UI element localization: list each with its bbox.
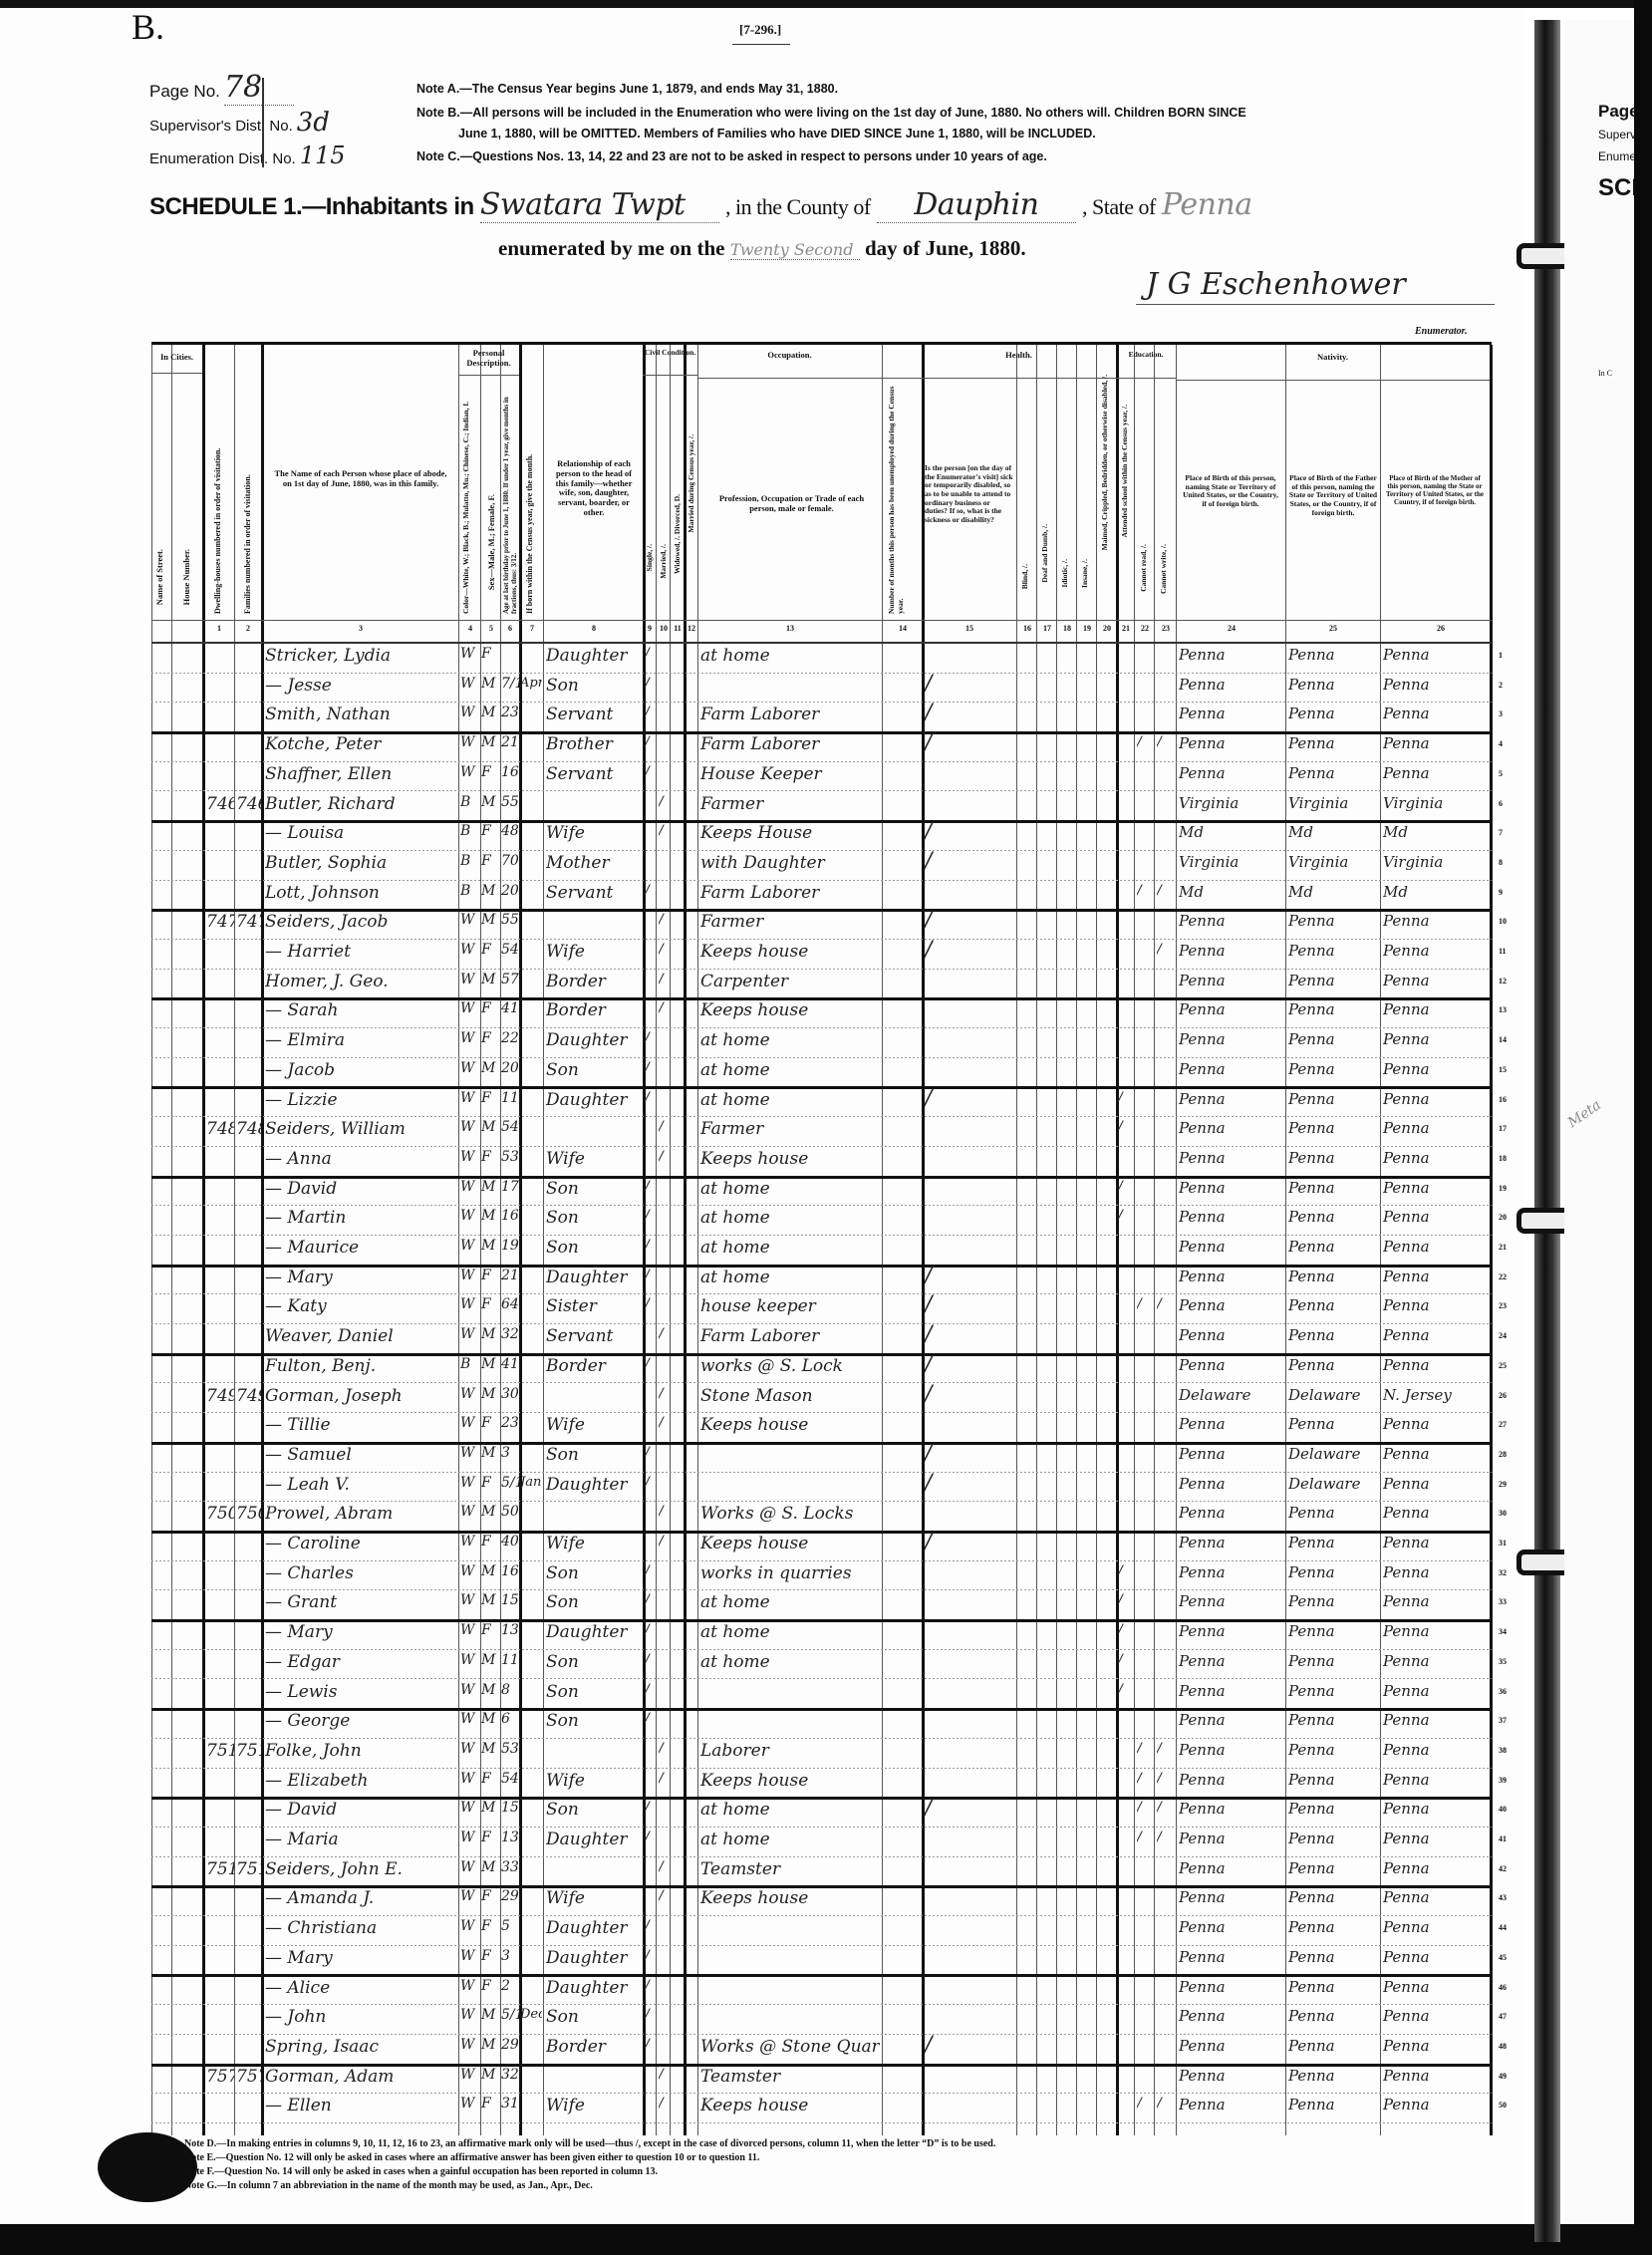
cell-occ: Keeps house: [700, 942, 880, 962]
cell-bf: Penna: [1288, 1534, 1380, 1551]
cell-color: W: [460, 1918, 480, 1934]
cell-bm: Penna: [1383, 1268, 1489, 1285]
cell-occ: at home: [700, 1030, 880, 1050]
cell-sex: F: [481, 1830, 500, 1845]
cell-occ: Farm Laborer: [700, 734, 880, 754]
cell-bm: Penna: [1383, 2007, 1489, 2025]
table-row: Weaver, DanielWM32Servant/Farm Laborer/P…: [151, 1324, 1492, 1353]
cell-sick: /: [925, 672, 1014, 697]
enumerated-line: enumerated by me on the Twenty Second da…: [498, 236, 1026, 261]
cell-bp: Penna: [1179, 1948, 1284, 1966]
cell-occ: works in quarries: [700, 1563, 880, 1583]
column-number: 20: [1101, 624, 1113, 633]
cell-bf: Penna: [1288, 1888, 1380, 1906]
cell-rel: Daughter: [546, 1475, 642, 1495]
cell-age: 17: [501, 1179, 519, 1195]
cell-age: 19: [501, 1238, 519, 1254]
cell-sex: M: [481, 1356, 500, 1372]
cell-color: W: [460, 972, 480, 987]
cell-bm: Penna: [1383, 1652, 1489, 1670]
cell-married: /: [659, 823, 670, 839]
note-d: Note D.—In making entries in columns 9, …: [184, 2138, 995, 2149]
cell-single: /: [645, 1356, 656, 1372]
cell-name: — Tillie: [265, 1415, 456, 1435]
cell-bf: Penna: [1288, 1238, 1380, 1256]
cell-rel: Son: [546, 1563, 642, 1583]
cell-rel: Servant: [546, 764, 642, 784]
table-row: 751751Folke, JohnWM53/Laborer//PennaPenn…: [151, 1739, 1492, 1768]
header-house-number: House Number.: [181, 549, 191, 605]
cell-single: /: [645, 1060, 656, 1076]
cell-bp: Delaware: [1179, 1386, 1284, 1404]
cell-bm: Penna: [1383, 1326, 1489, 1344]
cell-age: 55: [501, 794, 519, 810]
header-dwelling: Dwelling-houses numbered in order of vis…: [213, 405, 222, 614]
state-value: Penna: [1162, 187, 1252, 222]
row-number: 19: [1499, 1184, 1507, 1193]
note-a: Note A.—The Census Year begins June 1, 1…: [416, 82, 838, 96]
cell-name: Homer, J. Geo.: [265, 972, 456, 991]
row-number: 49: [1499, 2072, 1507, 2081]
cell-sex: M: [481, 734, 500, 750]
cell-occ: at home: [700, 1800, 880, 1820]
cell-rel: Son: [546, 1800, 642, 1820]
cell-occ: Farm Laborer: [700, 705, 880, 724]
cell-bf: Penna: [1288, 972, 1380, 989]
table-row: 750750Prowel, AbramWM50/Works @ S. Locks…: [151, 1502, 1492, 1531]
cell-fam: 751: [236, 1741, 261, 1761]
cell-sick: /: [925, 849, 1014, 874]
cell-rel: Daughter: [546, 1090, 642, 1110]
cell-color: W: [460, 705, 480, 720]
cell-married: /: [659, 1859, 670, 1875]
column-number: 8: [588, 624, 600, 633]
cell-age: 21: [501, 734, 519, 750]
enumerated-label: enumerated by me on the: [498, 236, 724, 260]
cell-single: /: [645, 1268, 656, 1283]
enumerator-label: Enumerator.: [1415, 326, 1468, 337]
cell-bp: Penna: [1179, 972, 1284, 989]
row-number: 30: [1499, 1509, 1507, 1518]
cell-bf: Penna: [1288, 1268, 1380, 1285]
cell-bm: Penna: [1383, 1030, 1489, 1048]
table-row: Fulton, Benj.BM41Border/works @ S. Lock/…: [151, 1354, 1492, 1383]
cell-bp: Penna: [1179, 1000, 1284, 1018]
cell-bm: Penna: [1383, 1711, 1489, 1729]
cell-color: W: [460, 912, 480, 928]
cell-bp: Penna: [1179, 1800, 1284, 1818]
table-row: 749749Gorman, JosephWM30/Stone Mason/Del…: [151, 1384, 1492, 1413]
cell-sex: F: [481, 764, 500, 780]
cell-bf: Penna: [1288, 1918, 1380, 1936]
cell-color: W: [460, 1208, 480, 1224]
table-row: — AliceWF2Daughter/PennaPennaPenna: [151, 1976, 1492, 2005]
header-nativity: Nativity.: [1176, 353, 1490, 363]
header-birth-mother: Place of Birth of the Mother of this per…: [1383, 474, 1487, 506]
cell-bp: Penna: [1179, 1149, 1284, 1167]
cell-read: /: [1137, 1830, 1153, 1845]
cell-sex: M: [481, 705, 500, 720]
cell-color: W: [460, 1800, 480, 1816]
cell-bp: Penna: [1179, 2096, 1284, 2114]
cell-sex: F: [481, 646, 500, 662]
county-label: , in the County of: [725, 194, 871, 219]
cell-bm: Penna: [1383, 1149, 1489, 1167]
cell-bf: Delaware: [1288, 1445, 1380, 1463]
cell-bf: Penna: [1288, 1830, 1380, 1847]
column-number: 18: [1061, 624, 1073, 633]
cell-rel: Wife: [546, 1415, 642, 1435]
cell-married: /: [659, 1741, 670, 1757]
form-letter: B.: [132, 6, 164, 48]
cell-color: W: [460, 1771, 480, 1787]
cell-age: 41: [501, 1356, 519, 1372]
cell-name: — John: [265, 2007, 456, 2027]
cell-rel: Border: [546, 1356, 642, 1376]
cell-bp: Penna: [1179, 676, 1284, 694]
row-number: 44: [1499, 1923, 1507, 1932]
cell-bm: Penna: [1383, 1000, 1489, 1018]
cell-age: 32: [501, 1326, 519, 1342]
cell-occ: at home: [700, 1622, 880, 1642]
header-maimed: Maimed, Crippled, Bedridden, or otherwis…: [1100, 375, 1109, 550]
cell-occ: Carpenter: [700, 972, 880, 991]
row-number: 42: [1499, 1864, 1507, 1873]
cell-bf: Penna: [1288, 1978, 1380, 1996]
table-row: — DavidWM17Son/at home/PennaPennaPenna: [151, 1177, 1492, 1206]
cell-single: /: [645, 1711, 656, 1727]
scan-bottom-edge: [0, 2224, 1652, 2255]
cell-bf: Penna: [1288, 1149, 1380, 1167]
cell-bm: Penna: [1383, 1741, 1489, 1759]
cell-name: — Mary: [265, 1948, 456, 1968]
cell-bf: Penna: [1288, 2007, 1380, 2025]
cell-school: /: [1118, 1208, 1134, 1224]
cell-color: W: [460, 942, 480, 958]
header-born-month: If born within the Census year, give the…: [525, 405, 534, 614]
cell-color: W: [460, 2096, 480, 2112]
cell-rel: Border: [546, 2037, 642, 2057]
cell-color: W: [460, 1090, 480, 1106]
cell-bm: Penna: [1383, 2096, 1489, 2114]
scan-right-edge: [1634, 0, 1652, 2255]
page-number-field: Page No. 78: [149, 70, 294, 106]
cell-bp: Penna: [1179, 1592, 1284, 1610]
cell-name: Prowel, Abram: [265, 1504, 456, 1524]
cell-color: W: [460, 2067, 480, 2083]
cell-sex: M: [481, 1563, 500, 1579]
cell-rel: Brother: [546, 734, 642, 754]
cell-occ: Keeps house: [700, 1000, 880, 1020]
cell-color: W: [460, 1888, 480, 1904]
row-number: 43: [1499, 1893, 1507, 1902]
cell-bm: Penna: [1383, 1800, 1489, 1818]
table-row: — MaryWF13Daughter/at home/PennaPennaPen…: [151, 1620, 1492, 1649]
cell-sex: F: [481, 1888, 500, 1904]
table-row: Stricker, LydiaWFDaughter/at homePennaPe…: [151, 644, 1492, 673]
table-row: — SamuelWM3Son//PennaDelawarePenna: [151, 1443, 1492, 1472]
cell-age: 20: [501, 1060, 519, 1076]
cell-age: 31: [501, 2096, 519, 2112]
note-f: Note F.—Question No. 14 will only be ask…: [184, 2166, 658, 2177]
enumerator-signature: J G Eschenhower: [1146, 267, 1406, 302]
row-number: 2: [1499, 681, 1503, 690]
cell-bp: Penna: [1179, 1859, 1284, 1877]
cell-color: W: [460, 1326, 480, 1342]
form-number: [7-296.]: [739, 22, 781, 38]
cell-read: /: [1137, 1800, 1153, 1816]
cell-sex: F: [481, 1978, 500, 1994]
cell-bp: Penna: [1179, 646, 1284, 664]
cell-bf: Penna: [1288, 1030, 1380, 1048]
row-number: 46: [1499, 1983, 1507, 1992]
cell-color: W: [460, 1711, 480, 1727]
cell-sex: M: [481, 2067, 500, 2083]
cell-rel: Son: [546, 1238, 642, 1258]
table-row: — TillieWF23Wife/Keeps housePennaPennaPe…: [151, 1413, 1492, 1442]
column-number: 5: [485, 624, 497, 633]
cell-sex: M: [481, 1800, 500, 1816]
cell-sick: /: [925, 701, 1014, 725]
cell-sex: F: [481, 1918, 500, 1934]
cell-name: Smith, Nathan: [265, 705, 456, 724]
cell-rel: Wife: [546, 1534, 642, 1553]
cell-age: 5/12: [501, 2007, 519, 2023]
cell-read: /: [1137, 2096, 1153, 2112]
cell-color: W: [460, 1268, 480, 1283]
header-deaf: Deaf and Dumb, /.: [1040, 524, 1049, 583]
cell-bm: Penna: [1383, 2037, 1489, 2055]
cell-name: Folke, John: [265, 1741, 456, 1761]
row-number: 48: [1499, 2042, 1507, 2051]
cell-bm: Penna: [1383, 1090, 1489, 1108]
cell-write: /: [1157, 734, 1173, 750]
cell-bm: Penna: [1383, 1475, 1489, 1493]
cell-sex: F: [481, 1296, 500, 1312]
cell-married: /: [659, 1000, 670, 1016]
table-row: — LizzieWF11Daughter/at home//PennaPenna…: [151, 1088, 1492, 1117]
table-row: 748748Seiders, WilliamWM54/Farmer/PennaP…: [151, 1117, 1492, 1146]
cell-sex: F: [481, 1475, 500, 1491]
cell-rel: Mother: [546, 853, 642, 873]
cell-bp: Penna: [1179, 1771, 1284, 1789]
cell-bf: Penna: [1288, 1326, 1380, 1344]
cell-sex: M: [481, 883, 500, 899]
cell-sex: F: [481, 853, 500, 869]
cell-bp: Virginia: [1179, 794, 1284, 812]
cell-single: /: [645, 1296, 656, 1312]
table-row: 746746Butler, RichardBM55/FarmerVirginia…: [151, 792, 1492, 821]
cell-single: /: [645, 764, 656, 780]
page-no-label: Page No.: [149, 82, 220, 101]
cell-sex: M: [481, 2007, 500, 2023]
row-number: 12: [1499, 977, 1507, 986]
cell-color: B: [460, 823, 480, 839]
cell-bm: Penna: [1383, 942, 1489, 960]
cell-fam: 748: [236, 1119, 261, 1139]
cell-single: /: [645, 1563, 656, 1579]
header-personal-description: Personal Description.: [458, 349, 519, 369]
cell-bm: Penna: [1383, 1622, 1489, 1640]
cell-bp: Penna: [1179, 1238, 1284, 1256]
cell-sex: M: [481, 1592, 500, 1608]
cell-color: W: [460, 1592, 480, 1608]
cell-occ: at home: [700, 1208, 880, 1228]
column-number: 2: [242, 624, 254, 633]
cell-sex: F: [481, 1268, 500, 1283]
column-number: 14: [897, 624, 909, 633]
cell-occ: Teamster: [700, 1859, 880, 1879]
cell-fam: 747: [236, 912, 261, 932]
scan-top-edge: [0, 0, 1652, 8]
cell-color: W: [460, 1415, 480, 1431]
cell-age: 5: [501, 1918, 519, 1934]
column-number: 25: [1327, 624, 1339, 633]
row-number: 47: [1499, 2012, 1507, 2021]
cell-age: 55: [501, 912, 519, 928]
divider: [732, 44, 790, 45]
cell-occ: at home: [700, 1060, 880, 1080]
cell-bm: Penna: [1383, 1830, 1489, 1847]
cell-bp: Penna: [1179, 1918, 1284, 1936]
row-number: 28: [1499, 1450, 1507, 1459]
cell-bm: Penna: [1383, 1356, 1489, 1374]
cell-bp: Penna: [1179, 1888, 1284, 1906]
row-number: 34: [1499, 1627, 1507, 1636]
cell-single: /: [645, 1830, 656, 1845]
cell-single: /: [645, 1918, 656, 1934]
header-unemployed: Number of months this person has been un…: [887, 385, 917, 614]
cell-color: W: [460, 1741, 480, 1757]
cell-occ: Farmer: [700, 794, 880, 814]
cell-single: /: [645, 883, 656, 899]
cell-bf: Penna: [1288, 1622, 1380, 1640]
cell-bm: Penna: [1383, 1238, 1489, 1256]
cell-age: 48: [501, 823, 519, 839]
cell-age: 32: [501, 2067, 519, 2083]
cell-rel: Border: [546, 1000, 642, 1020]
cell-bf: Penna: [1288, 1711, 1380, 1729]
table-row: — CarolineWF40Wife/Keeps house/PennaPenn…: [151, 1532, 1492, 1560]
cell-name: — Charles: [265, 1563, 456, 1583]
column-number: 15: [964, 624, 975, 633]
cell-color: B: [460, 883, 480, 899]
cell-sex: M: [481, 1179, 500, 1195]
table-row: Shaffner, EllenWF16Servant/House KeeperP…: [151, 762, 1492, 791]
cell-sex: F: [481, 1000, 500, 1016]
cell-read: /: [1137, 1296, 1153, 1312]
cell-bp: Penna: [1179, 2067, 1284, 2085]
cell-age: 22: [501, 1030, 519, 1046]
column-number: 16: [1021, 624, 1033, 633]
cell-single: /: [645, 1238, 656, 1254]
cell-color: W: [460, 1563, 480, 1579]
cell-sex: M: [481, 2037, 500, 2053]
cell-single: /: [645, 1948, 656, 1964]
cell-sick: /: [925, 819, 1014, 844]
cell-name: — Jesse: [265, 676, 456, 696]
cell-read: /: [1137, 1771, 1153, 1787]
column-number: 6: [504, 624, 516, 633]
cell-bf: Penna: [1288, 1741, 1380, 1759]
supervisor-district-field: Supervisor's Dist. No. 3d: [149, 108, 330, 138]
row-number: 5: [1499, 769, 1503, 778]
row-number: 29: [1499, 1480, 1507, 1489]
header-age: Age at last birthday prior to June 1, 18…: [502, 385, 518, 614]
cell-rel: Wife: [546, 1149, 642, 1169]
cell-bp: Penna: [1179, 1208, 1284, 1226]
header-name: The Name of each Person whose place of a…: [271, 469, 450, 489]
cell-age: 23: [501, 1415, 519, 1431]
cell-occ: Stone Mason: [700, 1386, 880, 1406]
cell-write: /: [1157, 1800, 1173, 1816]
cell-single: /: [645, 1622, 656, 1638]
cell-single: /: [645, 1682, 656, 1698]
cell-sex: F: [481, 1149, 500, 1165]
cell-color: W: [460, 1386, 480, 1402]
cell-bm: Penna: [1383, 1978, 1489, 1996]
cell-name: — Samuel: [265, 1445, 456, 1465]
cell-bm: Penna: [1383, 1296, 1489, 1314]
row-number: 15: [1499, 1065, 1507, 1074]
cell-occ: Works @ Stone Quarry: [700, 2037, 880, 2057]
cell-color: W: [460, 1534, 480, 1550]
cell-bp: Penna: [1179, 1504, 1284, 1522]
cell-name: — Alice: [265, 1978, 456, 1998]
table-row: — MariaWF13Daughter/at home//PennaPennaP…: [151, 1828, 1492, 1856]
cell-sex: M: [481, 794, 500, 810]
cell-age: 11: [501, 1652, 519, 1668]
cell-bp: Penna: [1179, 734, 1284, 752]
cell-occ: Works @ S. Locks: [700, 1504, 880, 1524]
cell-bm: Penna: [1383, 972, 1489, 989]
row-number: 31: [1499, 1539, 1507, 1548]
cell-age: 13: [501, 1830, 519, 1845]
cell-single: /: [645, 676, 656, 692]
cell-age: 2: [501, 1978, 519, 1994]
cell-rel: Son: [546, 676, 642, 696]
table-row: Lott, JohnsonBM20Servant/Farm Laborer//M…: [151, 881, 1492, 910]
cell-fam: 751: [236, 1859, 261, 1879]
cell-rel: Daughter: [546, 1978, 642, 1998]
header-blind: Blind, /.: [1020, 564, 1029, 589]
cell-bm: Penna: [1383, 1563, 1489, 1581]
cell-sex: M: [481, 1238, 500, 1254]
cell-sick: /: [925, 1352, 1014, 1377]
cell-rel: Wife: [546, 823, 642, 843]
column-number: 4: [464, 624, 476, 633]
scan-smudge: [98, 2132, 197, 2202]
cell-married: /: [659, 942, 670, 958]
cell-occ: Farm Laborer: [700, 883, 880, 903]
column-number: 1: [213, 624, 225, 633]
cell-fam: 749: [236, 1386, 261, 1406]
cell-name: — Grant: [265, 1592, 456, 1612]
cell-occ: at home: [700, 1179, 880, 1199]
cell-sex: M: [481, 1060, 500, 1076]
table-row: — LouisaBF48Wife/Keeps House/MdMdMd: [151, 821, 1492, 850]
cell-rel: Wife: [546, 942, 642, 962]
header-color: Color—White, W.; Black, B.; Mulatto, Mu.…: [461, 385, 479, 614]
cell-bf: Penna: [1288, 1415, 1380, 1433]
cell-bm: Penna: [1383, 1771, 1489, 1789]
cell-rel: Daughter: [546, 1268, 642, 1287]
cell-age: 3: [501, 1948, 519, 1964]
row-number: 18: [1499, 1154, 1507, 1163]
cell-month: Jan: [520, 1475, 542, 1490]
cell-age: 16: [501, 1208, 519, 1224]
cell-rel: Daughter: [546, 1622, 642, 1642]
